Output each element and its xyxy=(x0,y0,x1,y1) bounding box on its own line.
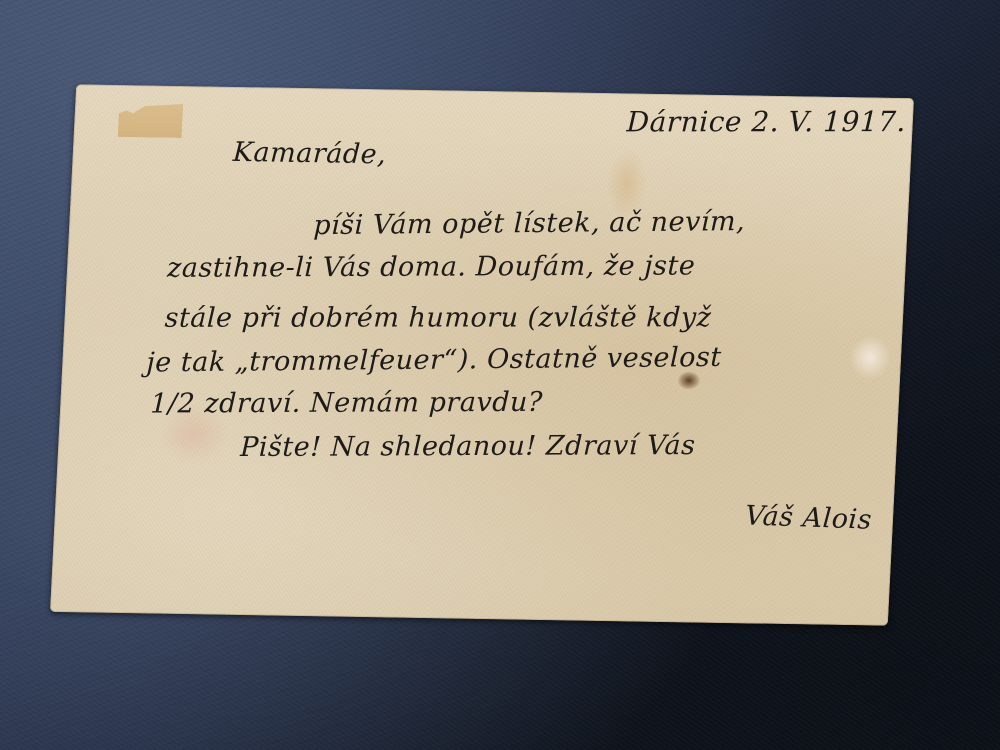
tape-residue-mark xyxy=(118,103,184,138)
paper-abrasion xyxy=(848,335,892,380)
signature: Váš Alois xyxy=(744,500,873,535)
date-line: Dárnice 2. V. 1917. xyxy=(626,105,906,138)
body-line-4: je tak „trommelfeuer“). Ostatně veselost xyxy=(146,342,722,378)
body-line-3: stále při dobrém humoru (zvláště když xyxy=(164,302,712,333)
body-line-5: 1/2 zdraví. Nemám pravdu? xyxy=(150,387,543,420)
body-line-2: zastihne-li Vás doma. Doufám, že jste xyxy=(167,250,696,283)
ink-blot xyxy=(677,371,700,389)
greeting: Kamaráde, xyxy=(232,137,387,171)
postcard: Dárnice 2. V. 1917. Kamaráde, píši Vám o… xyxy=(50,84,914,626)
body-line-1: píši Vám opět lístek, ač nevím, xyxy=(313,206,746,241)
body-line-6: Pište! Na shledanou! Zdraví Vás xyxy=(240,430,696,463)
